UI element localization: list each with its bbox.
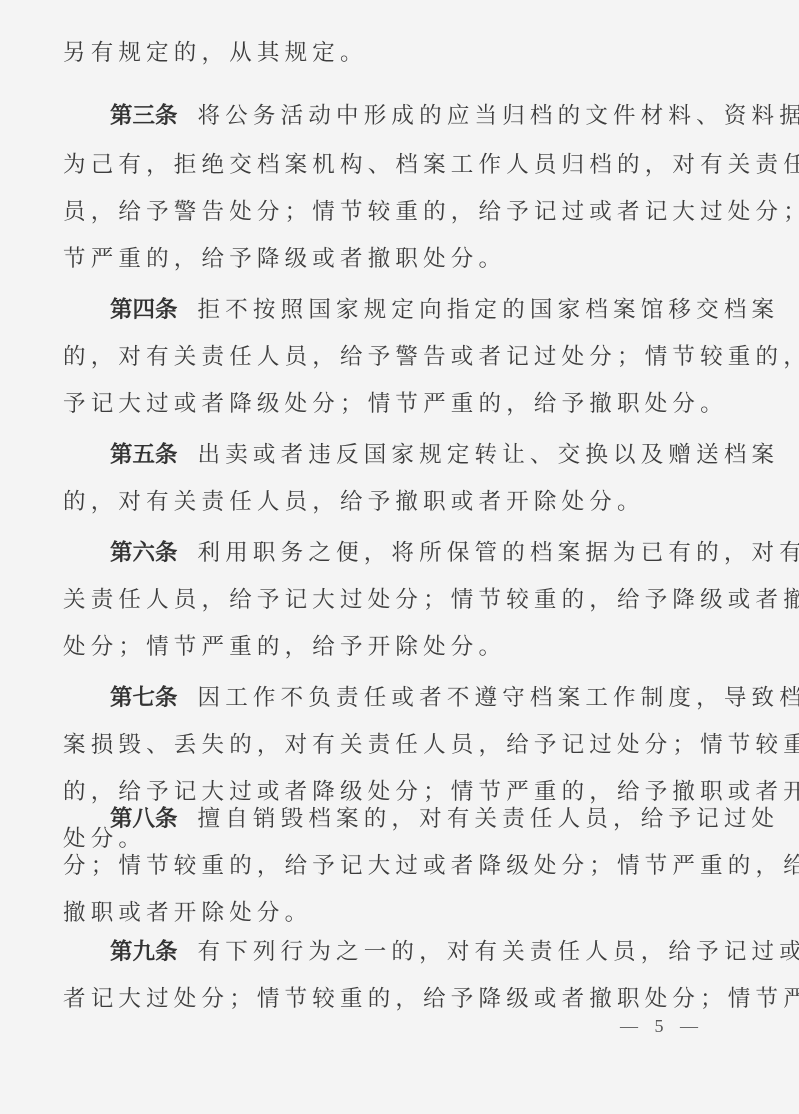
- text-line: 案损毁、丢失的，对有关责任人员，给予记过处分；情节较重: [63, 730, 731, 760]
- article-6-heading-line: 第六条利用职务之便，将所保管的档案据为已有的，对有: [110, 538, 731, 568]
- article-label: 第七条: [110, 685, 178, 711]
- text-line: 员，给予警告处分；情节较重的，给予记过或者记大过处分；情: [63, 197, 731, 227]
- article-label: 第六条: [110, 540, 178, 566]
- text-line: 者记大过处分；情节较重的，给予降级或者撤职处分；情节严重: [63, 984, 731, 1014]
- text-line: 为己有，拒绝交档案机构、档案工作人员归档的，对有关责任人: [63, 150, 731, 180]
- text-line: 的，给予记大过或者降级处分；情节严重的，给予撤职或者开除: [63, 777, 731, 807]
- article-label: 第九条: [110, 939, 178, 965]
- article-label: 第五条: [110, 442, 178, 468]
- text-line: 的，对有关责任人员，给予警告或者记过处分；情节较重的，给: [63, 342, 731, 372]
- page-number: — 5 —: [620, 1016, 704, 1037]
- text-line: 关责任人员，给予记大过处分；情节较重的，给予降级或者撤职: [63, 585, 731, 615]
- article-label: 第三条: [110, 103, 178, 129]
- article-label: 第四条: [110, 297, 178, 323]
- text-line: 的，对有关责任人员，给予撤职或者开除处分。: [63, 487, 731, 517]
- article-4-heading-line: 第四条拒不按照国家规定向指定的国家档案馆移交档案: [110, 295, 731, 325]
- text-line: 撤职或者开除处分。: [63, 898, 731, 928]
- document-page: 另有规定的，从其规定。 第三条将公务活动中形成的应当归档的文件材料、资料据 为己…: [0, 0, 799, 1114]
- article-3-heading-line: 第三条将公务活动中形成的应当归档的文件材料、资料据: [110, 101, 731, 131]
- article-7-heading-line: 第七条因工作不负责任或者不遵守档案工作制度，导致档: [110, 683, 731, 713]
- article-9-heading-line: 第九条有下列行为之一的，对有关责任人员，给予记过或: [110, 937, 731, 967]
- text-line: 处分；情节严重的，给予开除处分。: [63, 632, 731, 662]
- text-line: 分；情节较重的，给予记大过或者降级处分；情节严重的，给予: [63, 851, 731, 881]
- article-8-heading-line: 第八条擅自销毁档案的，对有关责任人员，给予记过处: [110, 804, 731, 834]
- text-line: 予记大过或者降级处分；情节严重的，给予撤职处分。: [63, 389, 731, 419]
- text-line: 另有规定的，从其规定。: [63, 38, 731, 68]
- article-label: 第八条: [110, 806, 178, 832]
- text-line: 节严重的，给予降级或者撤职处分。: [63, 244, 731, 274]
- article-5-heading-line: 第五条出卖或者违反国家规定转让、交换以及赠送档案: [110, 440, 731, 470]
